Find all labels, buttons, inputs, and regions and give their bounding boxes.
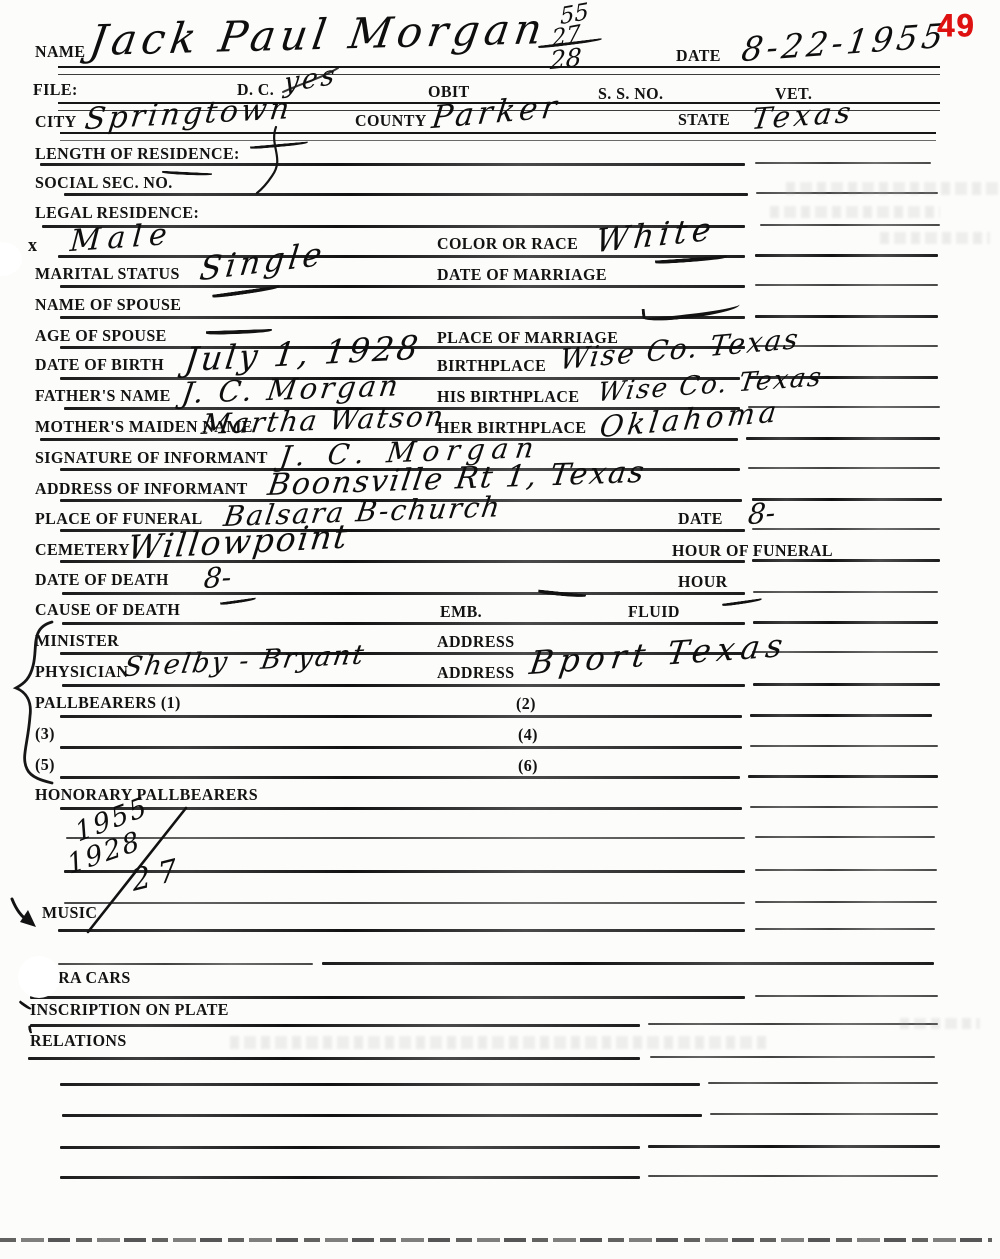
physician-value: Shelby - Bryant (122, 639, 368, 683)
pallbearers-2-label: (2) (516, 696, 536, 715)
rule (752, 498, 942, 501)
rule (708, 1082, 938, 1084)
rule (755, 254, 938, 257)
rule (62, 592, 745, 595)
rule (748, 467, 940, 469)
rule (750, 806, 938, 808)
rule (66, 837, 745, 839)
county-label: COUNTY (355, 113, 427, 132)
pallbearers-4-label: (4) (518, 727, 538, 746)
emb-label: EMB. (440, 604, 482, 623)
date-of-death-value: 8- (203, 560, 233, 595)
color-or-race-value: White (594, 209, 718, 260)
rule (62, 684, 745, 687)
rule (64, 902, 745, 904)
hour-label: HOUR (678, 574, 728, 593)
physician-address-label: ADDRESS (437, 665, 515, 684)
minister-label: MINISTER (35, 633, 119, 652)
scan-bottom-edge (0, 1238, 992, 1242)
rule (752, 528, 940, 530)
rule (760, 224, 940, 226)
hour-of-funeral-label: HOUR OF FUNERAL (672, 543, 833, 562)
rule (753, 621, 938, 624)
signature-of-informant-label: SIGNATURE OF INFORMANT (35, 450, 268, 469)
scan-smudge (230, 1036, 770, 1049)
his-birthplace-label: HIS BIRTHPLACE (437, 389, 579, 408)
rule (748, 775, 938, 778)
hole-punch-extra-cars (18, 956, 60, 998)
pen-dash-age-of-spouse (206, 329, 272, 335)
rule (750, 714, 932, 717)
name-label: NAME (35, 44, 85, 63)
scan-smudge (900, 1018, 980, 1029)
rule-under-inscription (30, 1024, 640, 1027)
date-of-birth-label: DATE OF BIRTH (35, 357, 164, 376)
rule (60, 746, 742, 749)
rule (755, 284, 938, 286)
inscription-on-plate-label: INSCRIPTION ON PLATE (30, 1002, 229, 1021)
funeral-record-card: NAME DATE FILE: D. C. OBIT S. S. NO. VET… (0, 0, 1000, 1259)
rule (755, 162, 931, 164)
rule (755, 901, 937, 903)
rule-under-extra-cars (30, 996, 745, 999)
rule (755, 928, 935, 930)
name-value: Jack Paul Morgan (86, 4, 550, 65)
state-value: Texas (750, 95, 857, 137)
pallbearers-6-label: (6) (518, 758, 538, 777)
file-number-stamp: 49 (937, 7, 975, 45)
scan-smudge (786, 182, 998, 195)
date-of-death-label: DATE OF DEATH (35, 572, 169, 591)
marital-status-value: Single (198, 234, 328, 288)
rule (60, 285, 745, 288)
age-of-spouse-label: AGE OF SPOUSE (35, 328, 167, 347)
scan-smudge (770, 206, 940, 218)
rule-under-name (58, 66, 940, 75)
music-label: MUSIC (42, 905, 97, 924)
rule (62, 622, 745, 625)
rule (750, 745, 938, 747)
pen-dash-length-of-residence (250, 141, 308, 149)
rule (62, 1114, 702, 1117)
rule (755, 869, 937, 871)
rule (60, 776, 740, 779)
date-label: DATE (676, 48, 721, 67)
scan-smudge (880, 232, 990, 244)
state-label: STATE (678, 112, 730, 131)
pallbearers-5-label: (5) (35, 757, 55, 776)
minister-address-label: ADDRESS (437, 634, 515, 653)
top-calc-difference: 28 (549, 43, 582, 76)
funeral-date-label: DATE (678, 511, 723, 530)
pallbearers-3-label: (3) (35, 726, 55, 745)
rule (755, 995, 938, 997)
fathers-name-label: FATHER'S NAME (35, 388, 171, 407)
rule-under-music (58, 929, 745, 932)
city-label: CITY (35, 114, 77, 133)
rule (60, 1146, 640, 1149)
marital-status-label: MARITAL STATUS (35, 266, 180, 285)
file-label: FILE: (33, 82, 78, 101)
rule (650, 1056, 935, 1058)
fluid-label: FLUID (628, 604, 680, 623)
rule (58, 963, 313, 965)
rule (60, 1176, 640, 1179)
rule (753, 591, 938, 593)
music-arrow-icon (12, 899, 31, 923)
name-of-spouse-label: NAME OF SPOUSE (35, 297, 181, 316)
date-value: 8-22-1955 (739, 15, 949, 69)
rule (64, 193, 748, 196)
rule (58, 255, 745, 258)
funeral-date-value: 8- (747, 496, 777, 531)
pallbearers-1-label: PALLBEARERS (1) (35, 695, 181, 714)
ssno-label: S. S. NO. (598, 86, 663, 105)
rule (755, 315, 938, 318)
rule-under-relations (28, 1057, 640, 1060)
cause-of-death-label: CAUSE OF DEATH (35, 602, 180, 621)
physician-label: PHYSICIAN (35, 664, 128, 683)
birthplace-label: BIRTHPLACE (437, 358, 546, 377)
rule (60, 807, 742, 810)
pen-dash-emb (538, 590, 586, 599)
rule (648, 1023, 938, 1025)
rule (648, 1175, 938, 1177)
sex-checkmark: x (28, 235, 37, 257)
city-value: Springtown (83, 91, 294, 137)
pen-dash-cause-of-death (220, 598, 256, 606)
rule (60, 715, 742, 718)
rule (648, 1145, 940, 1148)
social-sec-no-label: SOCIAL SEC. NO. (35, 175, 173, 194)
rule (746, 437, 940, 440)
rule-under-city (60, 132, 936, 141)
rule (322, 962, 934, 965)
rule (710, 1113, 938, 1115)
physician-address-value: Bport Texas (527, 626, 791, 683)
rule (755, 836, 935, 838)
date-of-marriage-label: DATE OF MARRIAGE (437, 267, 607, 286)
rule (753, 683, 940, 686)
pen-dash-fluid (722, 598, 762, 607)
length-of-residence-label: LENGTH OF RESIDENCE: (35, 146, 240, 165)
color-or-race-label: COLOR OR RACE (437, 236, 578, 255)
rule (60, 1083, 700, 1086)
sex-value: Male (69, 217, 175, 260)
cemetery-label: CEMETERY (35, 542, 130, 561)
mid-calc-age: 27 (130, 851, 187, 899)
music-arrowhead-icon (20, 910, 36, 927)
pen-dash-place-of-marriage (642, 299, 741, 323)
relations-label: RELATIONS (30, 1033, 127, 1052)
hole-punch-left-edge (0, 242, 22, 276)
address-of-informant-label: ADDRESS OF INFORMANT (35, 481, 248, 500)
